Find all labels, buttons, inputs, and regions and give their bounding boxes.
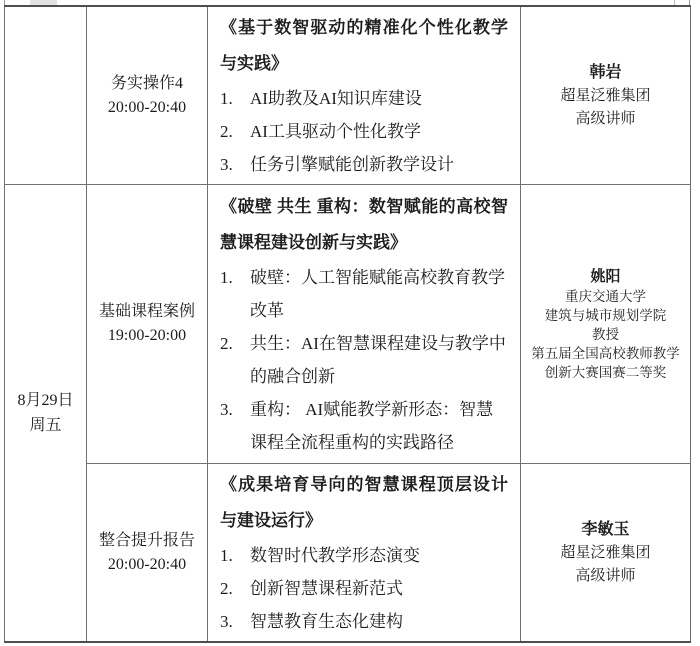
item-text: 破壁：人工智能赋能高校教育教学改革 [250, 261, 508, 327]
speaker-award-line2: 创新大赛国赛二等奖 [521, 363, 690, 382]
item-text: 重构： AI赋能教学新形态：智慧课程全流程重构的实践路径 [250, 393, 508, 459]
course-item: 2. 创新智慧课程新范式 [220, 572, 508, 605]
course-content-cell: 《破壁 共生 重构：数智赋能的高校智慧课程建设创新与实践》 1. 破壁：人工智能… [208, 185, 521, 464]
table-row: 8月29日 周五 基础课程案例 19:00-20:00 《破壁 共生 重构：数智… [5, 185, 691, 464]
session-name: 基础课程案例 [87, 300, 207, 324]
course-title: 《基于数智驱动的精准化个性化教学与实践》 [220, 10, 508, 82]
course-content-cell: 《成果培育导向的智慧课程顶层设计与建设运行》 1. 数智时代教学形态演变 2. … [208, 464, 521, 643]
item-number: 3. [220, 393, 250, 459]
speaker-cell: 韩岩 超星泛雅集团 高级讲师 [521, 6, 691, 185]
weekday-text: 周五 [5, 413, 86, 438]
session-time: 20:00-20:40 [87, 553, 207, 577]
course-item: 3. 任务引擎赋能创新教学设计 [220, 148, 508, 181]
course-item: 1. 破壁：人工智能赋能高校教育教学改革 [220, 261, 508, 327]
course-item: 3. 智慧教育生态化建构 [220, 605, 508, 638]
session-name: 整合提升报告 [87, 529, 207, 553]
speaker-cell: 李敏玉 超星泛雅集团 高级讲师 [521, 464, 691, 643]
date-text: 8月29日 [5, 388, 86, 413]
speaker-affiliation: 重庆交通大学 [521, 287, 690, 306]
table-row: 务实操作4 20:00-20:40 《基于数智驱动的精准化个性化教学与实践》 1… [5, 6, 691, 185]
item-text: AI工具驱动个性化教学 [250, 115, 508, 148]
item-number: 1. [220, 261, 250, 327]
session-name: 务实操作4 [87, 72, 207, 96]
item-text: 任务引擎赋能创新教学设计 [250, 148, 508, 181]
course-item: 3. 重构： AI赋能教学新形态：智慧课程全流程重构的实践路径 [220, 393, 508, 459]
speaker-affiliation: 超星泛雅集团 [521, 542, 690, 565]
speaker-name: 姚阳 [521, 267, 690, 287]
item-number: 1. [220, 82, 250, 115]
course-title: 《破壁 共生 重构：数智赋能的高校智慧课程建设创新与实践》 [220, 189, 508, 261]
item-number: 1. [220, 539, 250, 572]
speaker-name: 李敏玉 [521, 518, 690, 542]
item-number: 2. [220, 327, 250, 393]
speaker-award-line1: 第五届全国高校教师教学 [521, 344, 690, 363]
schedule-table: 务实操作4 20:00-20:40 《基于数智驱动的精准化个性化教学与实践》 1… [4, 5, 691, 643]
course-item: 1. 数智时代教学形态演变 [220, 539, 508, 572]
course-item: 1. AI助教及AI知识库建设 [220, 82, 508, 115]
item-text: 智慧教育生态化建构 [250, 605, 508, 638]
course-title: 《成果培育导向的智慧课程顶层设计与建设运行》 [220, 467, 508, 539]
item-text: 共生：AI在智慧课程建设与教学中的融合创新 [250, 327, 508, 393]
item-text: 创新智慧课程新范式 [250, 572, 508, 605]
item-number: 3. [220, 148, 250, 181]
speaker-title: 教授 [521, 325, 690, 344]
session-cell: 基础课程案例 19:00-20:00 [87, 185, 208, 464]
course-item: 2. 共生：AI在智慧课程建设与教学中的融合创新 [220, 327, 508, 393]
course-content-cell: 《基于数智驱动的精准化个性化教学与实践》 1. AI助教及AI知识库建设 2. … [208, 6, 521, 185]
item-text: AI助教及AI知识库建设 [250, 82, 508, 115]
date-cell: 8月29日 周五 [5, 185, 87, 643]
speaker-department: 建筑与城市规划学院 [521, 306, 690, 325]
speaker-title: 高级讲师 [521, 565, 690, 588]
session-cell: 务实操作4 20:00-20:40 [87, 6, 208, 185]
item-text: 数智时代教学形态演变 [250, 539, 508, 572]
session-time: 19:00-20:00 [87, 324, 207, 348]
speaker-affiliation: 超星泛雅集团 [521, 85, 690, 108]
date-cell-empty [5, 6, 87, 185]
session-time: 20:00-20:40 [87, 96, 207, 120]
item-number: 3. [220, 605, 250, 638]
item-number: 2. [220, 572, 250, 605]
speaker-title: 高级讲师 [521, 108, 690, 131]
speaker-name: 韩岩 [521, 61, 690, 85]
course-item: 2. AI工具驱动个性化教学 [220, 115, 508, 148]
table-row: 整合提升报告 20:00-20:40 《成果培育导向的智慧课程顶层设计与建设运行… [5, 464, 691, 643]
schedule-page: 务实操作4 20:00-20:40 《基于数智驱动的精准化个性化教学与实践》 1… [0, 0, 700, 646]
item-number: 2. [220, 115, 250, 148]
session-cell: 整合提升报告 20:00-20:40 [87, 464, 208, 643]
speaker-cell: 姚阳 重庆交通大学 建筑与城市规划学院 教授 第五届全国高校教师教学 创新大赛国… [521, 185, 691, 464]
